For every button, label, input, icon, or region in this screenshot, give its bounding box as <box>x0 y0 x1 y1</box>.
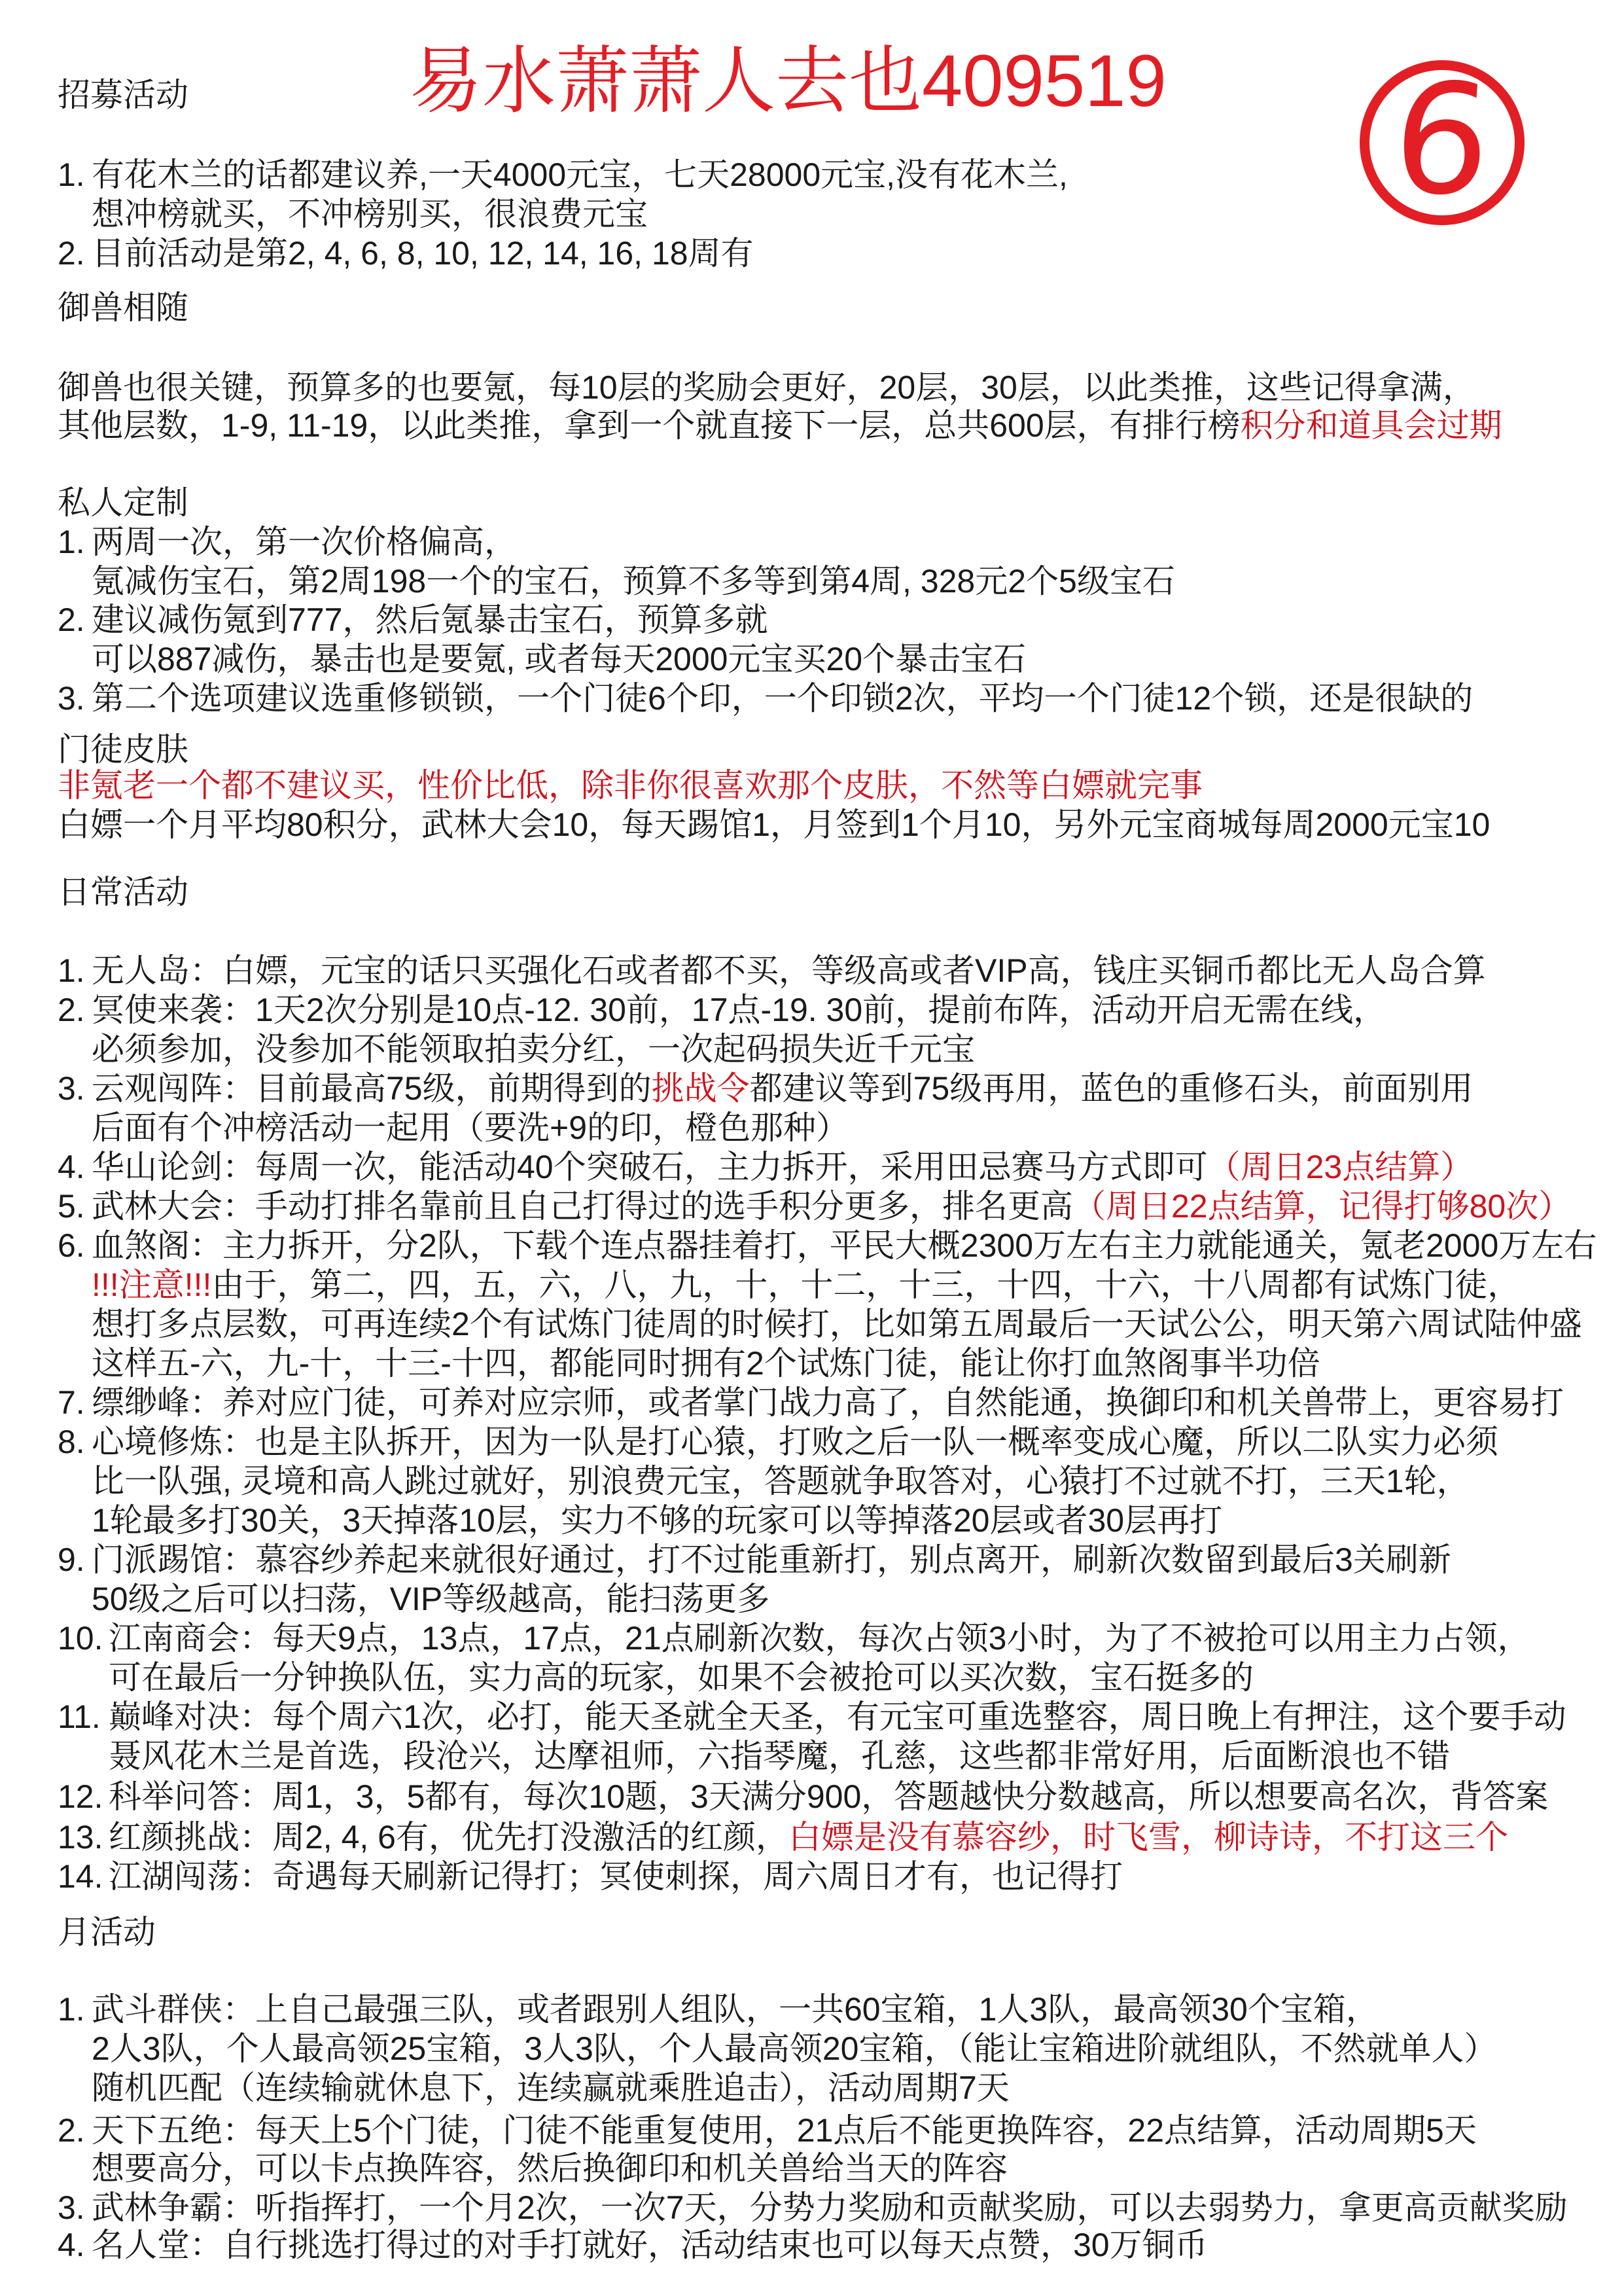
list-item-continuation: 可以887减伤，暴击也是要氪, 或者每天2000元宝买20个暴击宝石 <box>92 639 1026 679</box>
highlight-warning: 积分和道具会过期 <box>1241 407 1502 444</box>
item-number: 4. <box>58 1147 92 1187</box>
item-text: 聂风花木兰是首选，段沧兴，达摩祖师，六指琴魔，孔慈，这些都非常好用，后面断浪也不… <box>109 1738 1450 1774</box>
item-number: 8. <box>58 1422 92 1462</box>
item-number: 1. <box>58 1990 92 2029</box>
list-item: 7.缥缈峰：养对应门徒，可养对应宗师，或者掌门战力高了，自然能通，换御印和机关兽… <box>58 1383 1564 1422</box>
item-number: 1. <box>58 951 92 990</box>
item-text: 可在最后一分钟换队伍，实力高的玩家，如果不会被抢可以买次数，宝石挺多的 <box>109 1659 1254 1696</box>
item-text: 天下五绝：每天上5个门徒，门徒不能重复使用，21点后不能更换阵容，22点结算，活… <box>92 2112 1477 2149</box>
list-item-continuation: 必须参加，没参加不能领取拍卖分红，一次起码损失近千元宝 <box>92 1030 975 1069</box>
item-number: 1. <box>58 522 92 562</box>
list-item: 4.名人堂：自行挑选打得过的对手打就好，活动结束也可以每天点赞，30万铜币 <box>58 2225 1208 2265</box>
item-number: 3. <box>58 1069 92 1108</box>
item-text: 科举问答：周1，3，5都有，每次10题，3天满分900，答题越快分数越高，所以想… <box>109 1778 1548 1815</box>
list-item: 3.云观闯阵：目前最高75级，前期得到的挑战令都建议等到75级再用，蓝色的重修石… <box>58 1069 1473 1108</box>
item-text: 建议减伤氪到777，然后氪暴击宝石，预算多就 <box>92 601 768 638</box>
item-number: 11. <box>58 1697 109 1736</box>
circled-number-badge: 6 <box>1360 60 1525 225</box>
item-text: 随机匹配（连续输就休息下，连续赢就乘胜追击），活动周期7天 <box>92 2070 1010 2106</box>
list-item-continuation: 聂风花木兰是首选，段沧兴，达摩祖师，六指琴魔，孔慈，这些都非常好用，后面断浪也不… <box>109 1736 1450 1776</box>
item-text: 心境修炼：也是主队拆开，因为一队是打心猿，打败之后一队一概率变成心魔，所以二队实… <box>92 1424 1498 1460</box>
item-number: 2. <box>58 990 92 1030</box>
item-number: 3. <box>58 679 92 718</box>
section-heading-custom: 私人定制 <box>58 483 188 522</box>
list-item: 8.心境修炼：也是主队拆开，因为一队是打心猿，打败之后一队一概率变成心魔，所以二… <box>58 1422 1498 1462</box>
list-item: 1.有花木兰的话都建议养,一天4000元宝，七天28000元宝,没有花木兰, <box>58 155 1068 194</box>
list-item: 1.两周一次，第一次价格偏高， <box>58 522 517 562</box>
item-text: 可以887减伤，暴击也是要氪, 或者每天2000元宝买20个暴击宝石 <box>92 641 1026 677</box>
item-number: 9. <box>58 1540 92 1579</box>
highlight-settlement-time: （周日23点结算） <box>1208 1149 1474 1185</box>
section-heading-skins: 门徒皮肤 <box>58 730 188 769</box>
list-item-continuation: 这样五-六，九-十，十三-十四，都能同时拥有2个试炼门徒，能让你打血煞阁事半功倍 <box>92 1344 1320 1383</box>
document-title: 易水萧萧人去也409519 <box>409 45 1167 118</box>
item-text: 氪减伤宝石，第2周198一个的宝石，预算不多等到第4周, 328元2个5级宝石 <box>92 563 1175 600</box>
item-text: 后面有个冲榜活动一起用（要洗+9的印，橙色那种） <box>92 1109 849 1146</box>
circled-six-icon: 6 <box>1388 64 1496 216</box>
highlight-warning: 白嫖是没有慕容纱，时飞雪，柳诗诗，不打这三个 <box>788 1819 1508 1856</box>
item-text: 白嫖一个月平均80积分，武林大会10，每天踢馆1，月签到1个月10，另外元宝商城… <box>58 806 1490 843</box>
paragraph-line: 御兽也很关键，预算多的也要氪，每10层的奖励会更好，20层，30层，以此类推，这… <box>58 368 1475 407</box>
item-text: 红颜挑战：周2, 4, 6有，优先打没激活的红颜， <box>109 1819 788 1856</box>
item-number: 5. <box>58 1187 92 1226</box>
highlight-keyword: 挑战令 <box>652 1070 750 1107</box>
highlight-settlement-time: （周日22点结算，记得打够80次） <box>1073 1188 1571 1225</box>
list-item: 1.武斗群侠：上自己最强三队，或者跟别人组队，一共60宝箱，1人3队，最高领30… <box>58 1990 1379 2029</box>
list-item: 4.华山论剑：每周一次，能活动40个突破石，主力拆开，采用田忌赛马方式即可（周日… <box>58 1147 1473 1187</box>
list-item-continuation: 可在最后一分钟换队伍，实力高的玩家，如果不会被抢可以买次数，宝石挺多的 <box>109 1658 1254 1697</box>
item-text: 云观闯阵：目前最高75级，前期得到的 <box>92 1070 652 1107</box>
document-page: 易水萧萧人去也409519 6 招募活动 1.有花木兰的话都建议养,一天4000… <box>0 0 1624 2296</box>
item-number: 12. <box>58 1777 109 1816</box>
item-text: 想冲榜就买，不冲榜别买，很浪费元宝 <box>92 196 648 232</box>
list-item: 13.红颜挑战：周2, 4, 6有，优先打没激活的红颜，白嫖是没有慕容纱，时飞雪… <box>58 1818 1508 1857</box>
item-text: 武林争霸：听指挥打，一个月2次，一次7天，分势力奖励和贡献奖励，可以去弱势力，拿… <box>92 2189 1568 2226</box>
list-item: 2.天下五绝：每天上5个门徒，门徒不能重复使用，21点后不能更换阵容，22点结算… <box>58 2111 1477 2150</box>
list-item: 6.血煞阁：主力拆开，分2队，下载个连点器挂着打，平民大概2300万左右主力就能… <box>58 1226 1597 1265</box>
item-number: 1. <box>58 155 92 194</box>
list-item-continuation: 随机匹配（连续输就休息下，连续赢就乘胜追击），活动周期7天 <box>92 2068 1010 2108</box>
item-text-after: 都建议等到75级再用，蓝色的重修石头，前面别用 <box>750 1070 1474 1107</box>
paragraph-line: 非氪老一个都不建议买，性价比低，除非你很喜欢那个皮肤，不然等白嫖就完事 <box>58 766 1203 805</box>
item-number: 7. <box>58 1383 92 1422</box>
list-item: 3.第二个选项建议选重修锁锁，一个门徒6个印，一个印锁2次，平均一个门徒12个锁… <box>58 679 1473 718</box>
list-item: 2.建议减伤氪到777，然后氪暴击宝石，预算多就 <box>58 600 768 639</box>
item-number: 4. <box>58 2225 92 2265</box>
item-number: 6. <box>58 1226 92 1265</box>
item-text: 想要高分，可以卡点换阵容，然后换御印和机关兽给当天的阵容 <box>92 2150 1008 2187</box>
item-text: 门派踢馆：慕容纱养起来就很好通过，打不过能重新打，别点离开，刷新次数留到最后3关… <box>92 1541 1451 1578</box>
list-item-continuation: 氪减伤宝石，第2周198一个的宝石，预算不多等到第4周, 328元2个5级宝石 <box>92 562 1175 601</box>
list-item-continuation: !!!注意!!!由于，第二，四，五，六，八，九，十，十二，十三，十四，十六，十八… <box>92 1265 1520 1304</box>
list-item: 12.科举问答：周1，3，5都有，每次10题，3天满分900，答题越快分数越高，… <box>58 1777 1548 1816</box>
section-heading-recruit: 招募活动 <box>58 75 188 115</box>
item-text: 这样五-六，九-十，十三-十四，都能同时拥有2个试炼门徒，能让你打血煞阁事半功倍 <box>92 1345 1320 1382</box>
item-text: 名人堂：自行挑选打得过的对手打就好，活动结束也可以每天点赞，30万铜币 <box>92 2227 1208 2263</box>
item-text: 比一队强, 灵境和高人跳过就好，别浪费元宝，答题就争取答对，心猿打不过就不打，三… <box>92 1463 1470 1499</box>
list-item-continuation: 后面有个冲榜活动一起用（要洗+9的印，橙色那种） <box>92 1108 849 1147</box>
item-text: 江湖闯荡：奇遇每天刷新记得打；冥使刺探，周六周日才有，也记得打 <box>109 1858 1123 1895</box>
list-item-continuation: 2人3队，个人最高领25宝箱，3人3队，个人最高领20宝箱，（能让宝箱进阶就组队… <box>92 2029 1496 2068</box>
item-text: 想打多点层数，可再连续2个有试炼门徒周的时候打，比如第五周最后一天试公公，明天第… <box>92 1306 1582 1342</box>
item-text: 50级之后可以扫荡，VIP等级越高，能扫荡更多 <box>92 1581 769 1617</box>
item-text: 1轮最多打30关，3天掉落10层，实力不够的玩家可以等掉落20层或者30层再打 <box>92 1502 1222 1539</box>
section-heading-daily: 日常活动 <box>58 872 188 912</box>
list-item-continuation: 想要高分，可以卡点换阵容，然后换御印和机关兽给当天的阵容 <box>92 2149 1008 2188</box>
item-number: 2. <box>58 600 92 639</box>
list-item: 9.门派踢馆：慕容纱养起来就很好通过，打不过能重新打，别点离开，刷新次数留到最后… <box>58 1540 1451 1579</box>
list-item: 2.冥使来袭：1天2次分别是10点-12. 30前，17点-19. 30前，提前… <box>58 990 1386 1030</box>
item-text: 有花木兰的话都建议养,一天4000元宝，七天28000元宝,没有花木兰, <box>92 156 1068 193</box>
section-heading-monthly: 月活动 <box>58 1912 156 1952</box>
list-item-continuation: 想打多点层数，可再连续2个有试炼门徒周的时候打，比如第五周最后一天试公公，明天第… <box>92 1304 1582 1344</box>
item-text: 目前活动是第2, 4, 6, 8, 10, 12, 14, 16, 18周有 <box>92 235 754 272</box>
item-number: 10. <box>58 1619 109 1658</box>
item-text: 血煞阁：主力拆开，分2队，下载个连点器挂着打，平民大概2300万左右主力就能通关… <box>92 1227 1597 1264</box>
list-item-continuation: 50级之后可以扫荡，VIP等级越高，能扫荡更多 <box>92 1579 769 1619</box>
list-item: 5.武林大会：手动打排名靠前且自己打得过的选手积分更多，排名更高（周日22点结算… <box>58 1187 1571 1226</box>
item-text-after: 由于，第二，四，五，六，八，九，十，十二，十三，十四，十六，十八周都有试炼门徒， <box>211 1266 1520 1303</box>
item-text: 其他层数，1-9, 11-19，以此类推，拿到一个就直接下一层，总共600层，有… <box>58 407 1241 444</box>
list-item-continuation: 想冲榜就买，不冲榜别买，很浪费元宝 <box>92 194 648 234</box>
item-text: 2人3队，个人最高领25宝箱，3人3队，个人最高领20宝箱，（能让宝箱进阶就组队… <box>92 2030 1496 2067</box>
item-text: 缥缈峰：养对应门徒，可养对应宗师，或者掌门战力高了，自然能通，换御印和机关兽带上… <box>92 1384 1564 1421</box>
highlight-warning: 非氪老一个都不建议买，性价比低，除非你很喜欢那个皮肤，不然等白嫖就完事 <box>58 767 1203 804</box>
list-item: 1.无人岛：白嫖，元宝的话只买强化石或者都不买，等级高或者VIP高，钱庄买铜币都… <box>58 951 1486 990</box>
item-text: 冥使来袭：1天2次分别是10点-12. 30前，17点-19. 30前，提前布阵… <box>92 992 1386 1028</box>
list-item: 2.目前活动是第2, 4, 6, 8, 10, 12, 14, 16, 18周有 <box>58 234 754 273</box>
item-text: 武林大会：手动打排名靠前且自己打得过的选手积分更多，排名更高 <box>92 1188 1073 1225</box>
list-item: 11.巅峰对决：每个周六1次，必打，能天圣就全天圣，有元宝可重选整容，周日晚上有… <box>58 1697 1566 1736</box>
item-number: 3. <box>58 2188 92 2227</box>
list-item: 3.武林争霸：听指挥打，一个月2次，一次7天，分势力奖励和贡献奖励，可以去弱势力… <box>58 2188 1568 2227</box>
item-text: 两周一次，第一次价格偏高， <box>92 524 517 560</box>
item-text: 巅峰对决：每个周六1次，必打，能天圣就全天圣，有元宝可重选整容，周日晚上有押注，… <box>109 1698 1566 1735</box>
item-number: 2. <box>58 234 92 273</box>
item-text: 御兽也很关键，预算多的也要氪，每10层的奖励会更好，20层，30层，以此类推，这… <box>58 369 1475 406</box>
paragraph-line: 白嫖一个月平均80积分，武林大会10，每天踢馆1，月签到1个月10，另外元宝商城… <box>58 805 1490 844</box>
item-text: 必须参加，没参加不能领取拍卖分红，一次起码损失近千元宝 <box>92 1031 975 1067</box>
item-number: 14. <box>58 1857 109 1896</box>
highlight-attention: !!!注意!!! <box>92 1266 211 1303</box>
item-text: 华山论剑：每周一次，能活动40个突破石，主力拆开，采用田忌赛马方式即可 <box>92 1149 1208 1185</box>
list-item-continuation: 1轮最多打30关，3天掉落10层，实力不够的玩家可以等掉落20层或者30层再打 <box>92 1501 1222 1540</box>
item-text: 无人岛：白嫖，元宝的话只买强化石或者都不买，等级高或者VIP高，钱庄买铜币都比无… <box>92 952 1486 989</box>
paragraph-line: 其他层数，1-9, 11-19，以此类推，拿到一个就直接下一层，总共600层，有… <box>58 406 1502 445</box>
list-item-continuation: 比一队强, 灵境和高人跳过就好，别浪费元宝，答题就争取答对，心猿打不过就不打，三… <box>92 1462 1470 1501</box>
item-number: 2. <box>58 2111 92 2150</box>
item-text: 江南商会：每天9点，13点，17点，21点刷新次数，每次占领3小时，为了不被抢可… <box>109 1620 1530 1657</box>
item-text: 第二个选项建议选重修锁锁，一个门徒6个印，一个印锁2次，平均一个门徒12个锁，还… <box>92 680 1473 717</box>
item-text: 武斗群侠：上自己最强三队，或者跟别人组队，一共60宝箱，1人3队，最高领30个宝… <box>92 1991 1379 2028</box>
list-item: 10.江南商会：每天9点，13点，17点，21点刷新次数，每次占领3小时，为了不… <box>58 1619 1530 1658</box>
list-item: 14.江湖闯荡：奇遇每天刷新记得打；冥使刺探，周六周日才有，也记得打 <box>58 1857 1123 1896</box>
item-number: 13. <box>58 1818 109 1857</box>
section-heading-beast: 御兽相随 <box>58 288 188 327</box>
